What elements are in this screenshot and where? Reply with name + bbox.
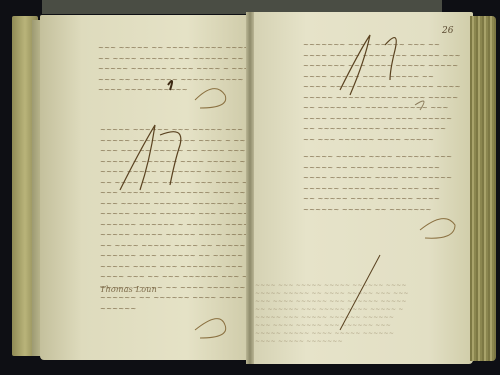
- ink-flourishes: [0, 0, 500, 375]
- ink-mark: [168, 81, 172, 90]
